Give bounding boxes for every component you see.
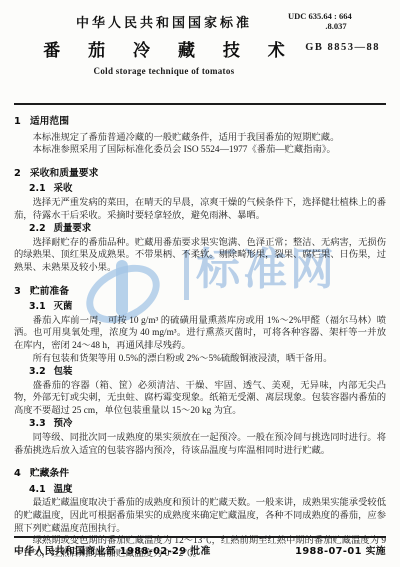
- section-title: 贮藏条件: [30, 468, 69, 479]
- subsection-number: 3.3: [29, 418, 46, 429]
- udc-number: UDC 635.64 : 664 .8.037: [288, 11, 384, 31]
- section-title: 贮前准备: [30, 286, 69, 297]
- doc-body: 1适用范围 本标准规定了番茄普通冷藏的一般贮藏条件，适用于我国番茄的短期贮藏。 …: [14, 116, 386, 560]
- doc-title-english: Cold storage technique of tomatos: [14, 66, 314, 76]
- section-heading: 2采收和质量要求: [14, 168, 386, 181]
- section-1: 1适用范围 本标准规定了番茄普通冷藏的一般贮藏条件，适用于我国番茄的短期贮藏。 …: [14, 116, 386, 157]
- header-rule: [14, 103, 386, 105]
- section-heading: 1适用范围: [14, 116, 386, 129]
- section-heading: 3贮前准备: [14, 286, 386, 299]
- subsection-title: 包装: [54, 366, 73, 377]
- subsection-number: 2.1: [29, 183, 46, 194]
- paragraph: 同等级、同批次同一成熟度的果实须放在一起预冷。一般在预冷间与挑选同时进行。将番茄…: [14, 432, 386, 457]
- footer-approval: 中华人民共和国商业部 1988-02-29 批准: [14, 543, 211, 557]
- document-page: 标准网 中华人民共和国国家标准 UDC 635.64 : 664 .8.037 …: [0, 0, 400, 567]
- paragraph: 番茄入库前一周，可按 10 g/m³ 的硫磺用量熏蒸库房或用 1%～2%甲醛（福…: [14, 315, 386, 353]
- section-title: 采收和质量要求: [30, 168, 99, 179]
- standard-number: GB 8853—88: [305, 42, 380, 53]
- udc-line2: .8.037: [288, 21, 384, 31]
- footer-implementation: 1988-07-01 实施: [295, 543, 386, 557]
- subsection-heading: 4.1温度: [14, 484, 386, 497]
- subsection-number: 2.2: [29, 223, 46, 234]
- section-number: 1: [14, 116, 21, 127]
- subsection-title: 温度: [54, 484, 73, 495]
- paragraph: 本标准规定了番茄普通冷藏的一般贮藏条件，适用于我国番茄的短期贮藏。: [14, 132, 386, 145]
- subsection-heading: 2.2质量要求: [14, 223, 386, 236]
- section-number: 4: [14, 468, 21, 479]
- subsection-number: 3.1: [29, 301, 46, 312]
- doc-footer: 中华人民共和国商业部 1988-02-29 批准 1988-07-01 实施: [14, 536, 386, 557]
- subsection-heading: 3.3预冷: [14, 418, 386, 431]
- paragraph: 所有包装和货架等用 0.5%的漂白粉或 2%～5%硫酸铜液浸渍，晒干备用。: [14, 353, 386, 366]
- subsection-title: 预冷: [54, 418, 73, 429]
- paragraph: 最适贮藏温度取决于番茄的成熟度和预计的贮藏天数。一般来讲，成熟果实能承受较低的贮…: [14, 497, 386, 535]
- subsection-title: 质量要求: [54, 223, 92, 234]
- doc-header: 中华人民共和国国家标准 UDC 635.64 : 664 .8.037 GB 8…: [14, 0, 386, 103]
- section-3: 3贮前准备 3.1灭菌 番茄入库前一周，可按 10 g/m³ 的硫磺用量熏蒸库房…: [14, 286, 386, 458]
- paragraph: 选择耐贮存的番茄品种。贮藏用番茄要求果实饱满、色泽正常；整洁、无病害，无损伤的绿…: [14, 237, 386, 275]
- subsection-title: 采收: [54, 183, 73, 194]
- paragraph: 盛番茄的容器（箱、筐）必须清洁、干燥、牢固、透气、美观，无异味，内部无尖凸物，外…: [14, 380, 386, 418]
- udc-line1: UDC 635.64 : 664: [288, 11, 352, 21]
- subsection-heading: 3.2包装: [14, 366, 386, 379]
- subsection-heading: 2.1采收: [14, 183, 386, 196]
- subsection-number: 4.1: [29, 484, 46, 495]
- subsection-number: 3.2: [29, 366, 46, 377]
- paragraph: 选择无严重发病的菜田，在晴天的早晨，凉爽干燥的气候条件下，选择健壮植株上的番茄，…: [14, 197, 386, 222]
- section-number: 2: [14, 168, 21, 179]
- standard-name: 中华人民共和国国家标准: [14, 12, 314, 31]
- section-number: 3: [14, 286, 21, 297]
- section-title: 适用范围: [30, 116, 69, 127]
- subsection-heading: 3.1灭菌: [14, 301, 386, 314]
- subsection-title: 灭菌: [54, 301, 73, 312]
- section-2: 2采收和质量要求 2.1采收 选择无严重发病的菜田，在晴天的早晨，凉爽干燥的气候…: [14, 168, 386, 275]
- doc-title: 番 茄 冷 藏 技 术: [14, 36, 314, 61]
- section-heading: 4贮藏条件: [14, 468, 386, 481]
- paragraph: 本标准参照采用了国际标准化委员会 ISO 5524—1977《番茄—贮藏指南》。: [14, 144, 386, 157]
